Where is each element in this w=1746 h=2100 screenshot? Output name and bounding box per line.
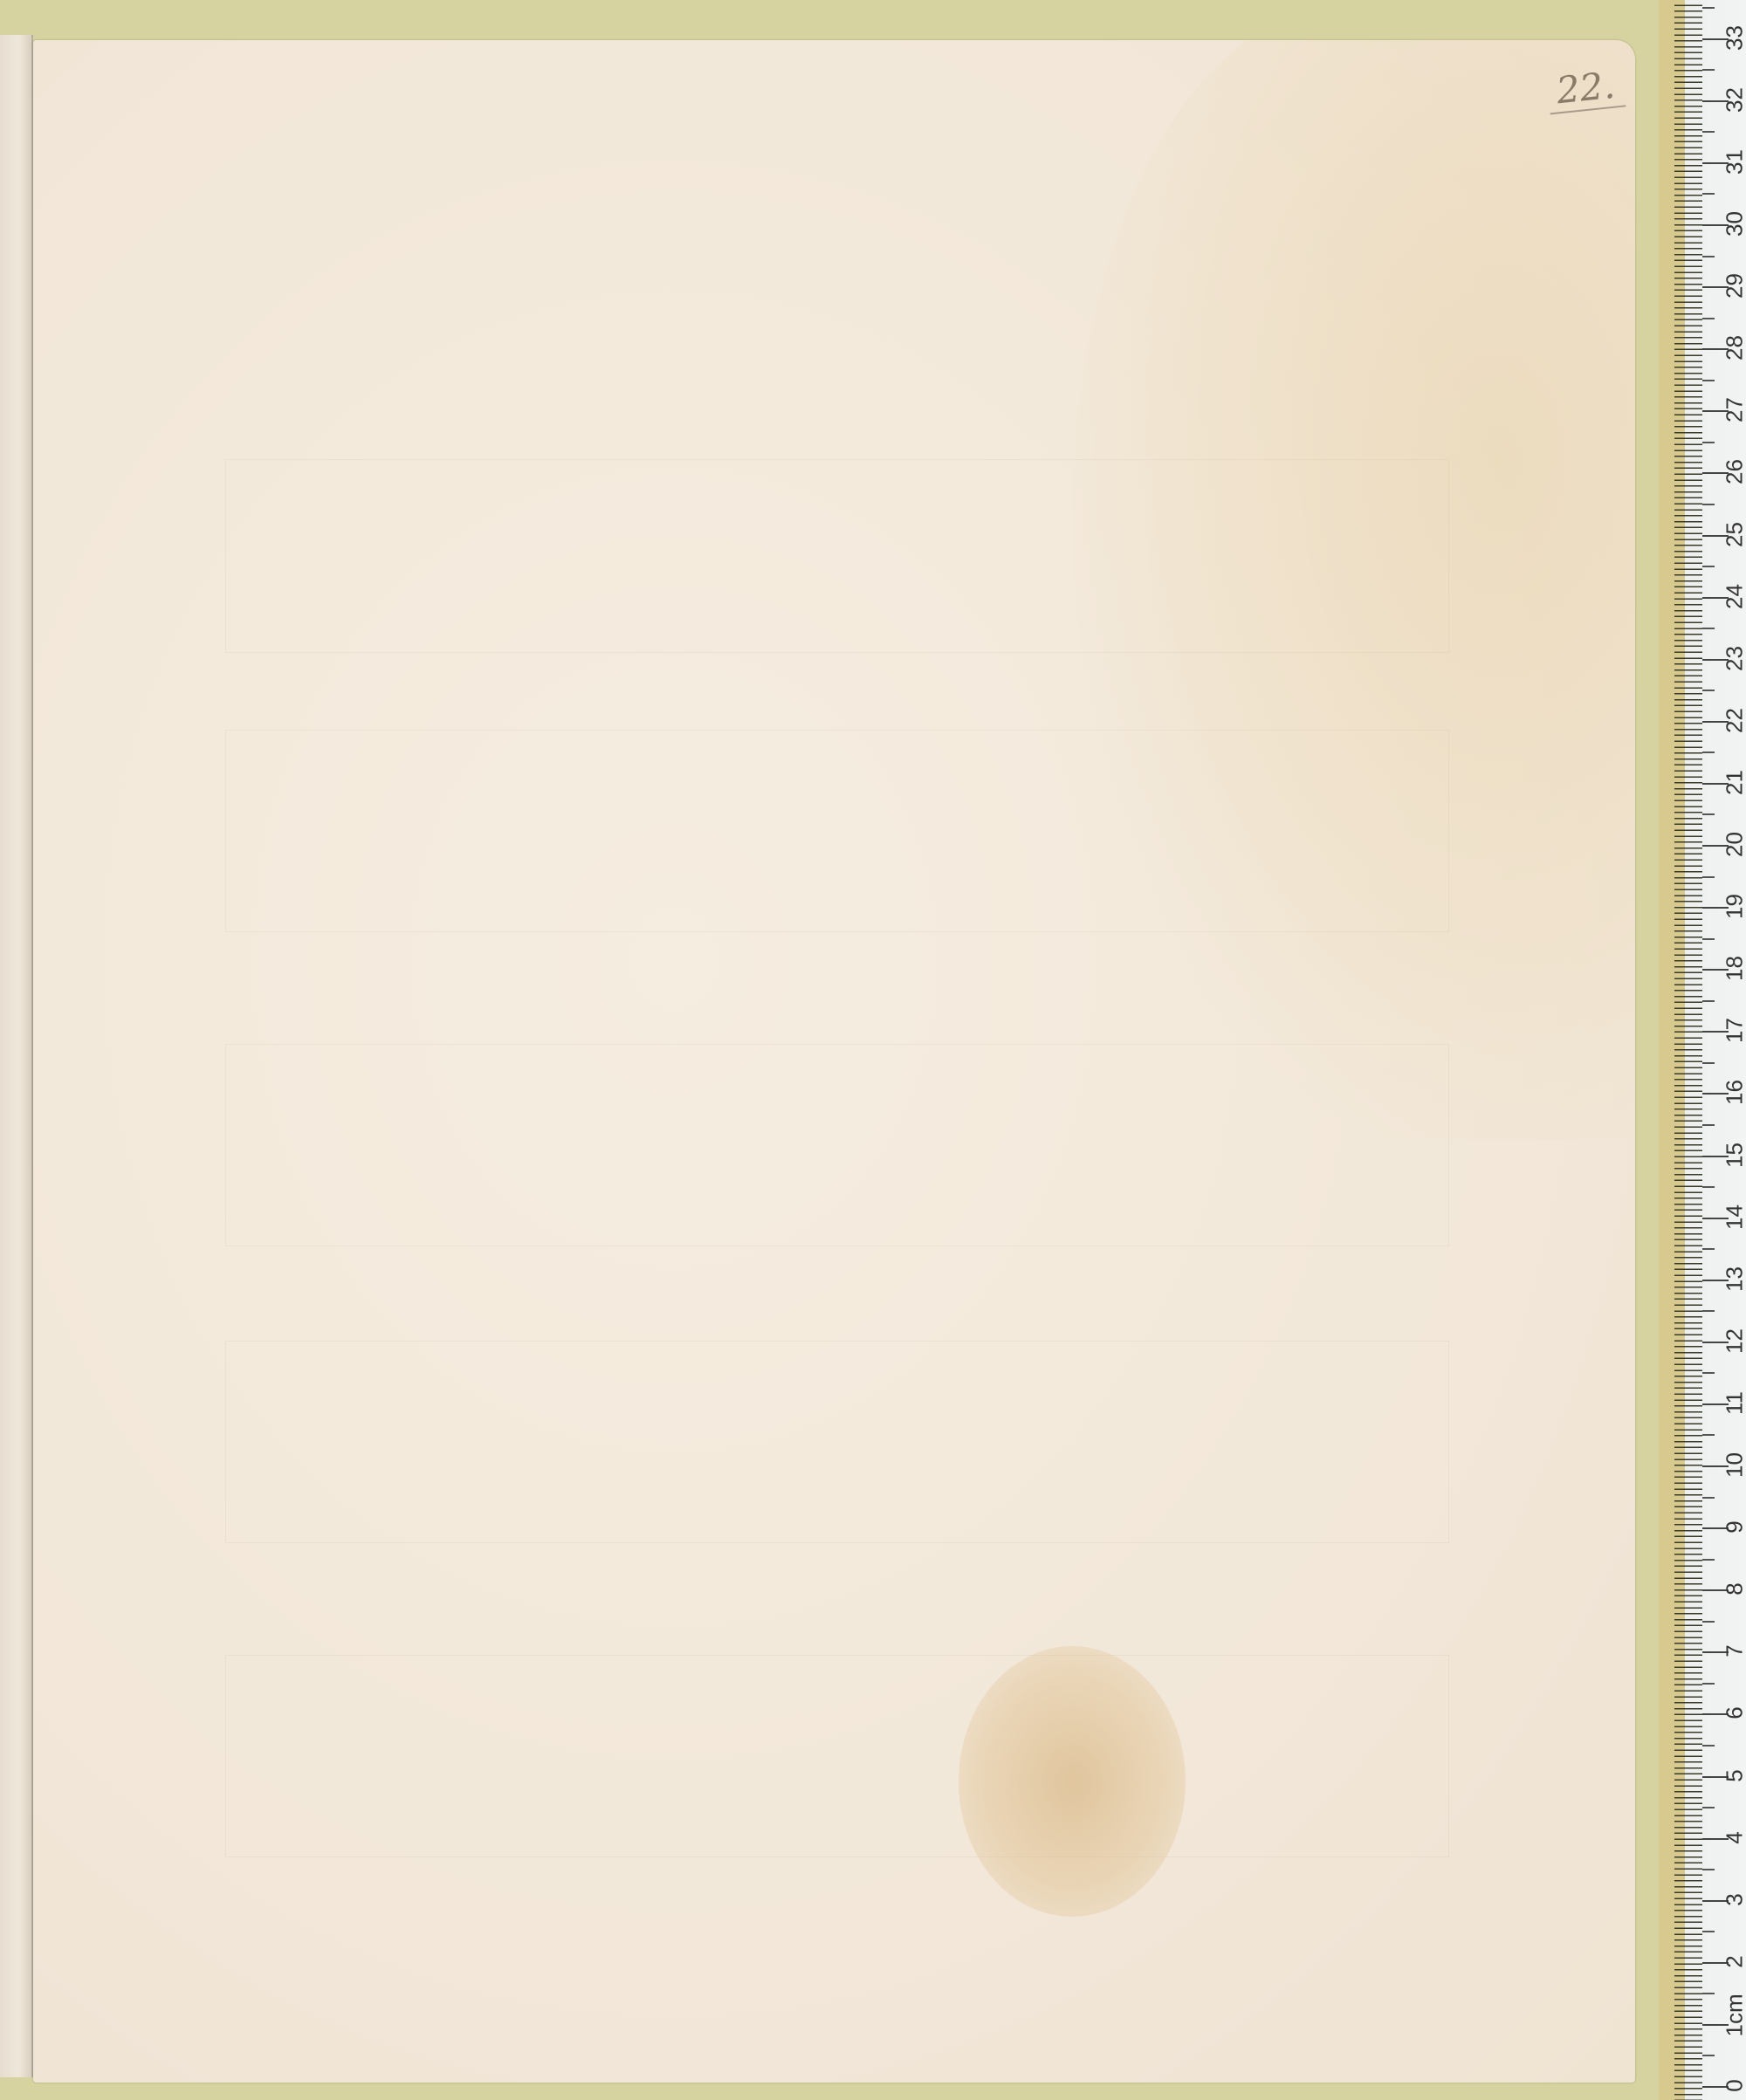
half-cm-tick — [1702, 256, 1715, 257]
cm-label: 14 — [1722, 1204, 1746, 1230]
half-cm-tick — [1702, 1124, 1715, 1126]
half-cm-tick — [1702, 318, 1715, 319]
half-cm-tick — [1702, 1745, 1715, 1747]
half-cm-tick — [1702, 504, 1715, 505]
half-cm-tick — [1702, 690, 1715, 691]
half-cm-tick — [1702, 628, 1715, 629]
half-cm-tick — [1702, 1248, 1715, 1250]
half-cm-tick — [1702, 1062, 1715, 1064]
cm-label: 16 — [1722, 1080, 1746, 1106]
cm-label: 29 — [1722, 273, 1746, 299]
half-cm-tick — [1702, 566, 1715, 567]
document-page: 22. — [33, 40, 1635, 2083]
cm-label: 0 — [1722, 2073, 1746, 2099]
cm-label: 13 — [1722, 1266, 1746, 1292]
cm-label: 3 — [1722, 1886, 1746, 1912]
half-cm-tick — [1702, 1869, 1715, 1870]
adjacent-page-edge — [0, 35, 33, 2077]
half-cm-tick — [1702, 1621, 1715, 1623]
half-cm-tick — [1702, 751, 1715, 753]
half-cm-tick — [1702, 380, 1715, 381]
cm-label: 9 — [1722, 1514, 1746, 1541]
cm-label: 18 — [1722, 956, 1746, 982]
half-cm-tick — [1702, 813, 1715, 815]
measuring-ruler: 01cm234567891011121314151617181920212223… — [1659, 0, 1746, 2100]
bleed-through-table — [225, 1655, 1449, 1857]
bleed-through-table — [225, 730, 1449, 932]
half-cm-tick — [1702, 1434, 1715, 1436]
cm-label: 10 — [1722, 1452, 1746, 1479]
cm-label: 32 — [1722, 86, 1746, 113]
cm-label: 17 — [1722, 1018, 1746, 1044]
half-cm-tick — [1702, 876, 1715, 878]
half-cm-tick — [1702, 1497, 1715, 1499]
bleed-through-table — [225, 1044, 1449, 1246]
handwritten-page-number: 22. — [1546, 63, 1626, 115]
cm-label: 20 — [1722, 832, 1746, 858]
millimeter-ticks — [1674, 0, 1702, 2100]
half-cm-tick — [1702, 1683, 1715, 1685]
half-cm-tick — [1702, 131, 1715, 133]
half-cm-tick — [1702, 69, 1715, 71]
half-cm-tick — [1702, 1000, 1715, 1002]
cm-label: 11 — [1722, 1390, 1746, 1416]
cm-label: 33 — [1722, 24, 1746, 51]
cm-label: 27 — [1722, 397, 1746, 423]
cm-label: 22 — [1722, 707, 1746, 733]
cm-label: 30 — [1722, 211, 1746, 237]
cm-label: 25 — [1722, 521, 1746, 547]
half-cm-tick — [1702, 1372, 1715, 1374]
cm-label: 2 — [1722, 1948, 1746, 1974]
cm-label: 1cm — [1722, 2010, 1746, 2036]
cm-label: 5 — [1722, 1762, 1746, 1788]
cm-label: 26 — [1722, 459, 1746, 485]
cm-label: 23 — [1722, 645, 1746, 671]
half-cm-tick — [1702, 442, 1715, 443]
half-cm-tick — [1702, 193, 1715, 195]
cm-label: 31 — [1722, 148, 1746, 175]
half-cm-tick — [1702, 1186, 1715, 1188]
cm-label: 28 — [1722, 335, 1746, 361]
half-cm-tick — [1702, 1931, 1715, 1932]
half-cm-tick — [1702, 938, 1715, 940]
cm-label: 6 — [1722, 1700, 1746, 1726]
cm-label: 7 — [1722, 1638, 1746, 1664]
half-cm-tick — [1702, 2055, 1715, 2056]
half-cm-tick — [1702, 7, 1715, 9]
cm-label: 12 — [1722, 1328, 1746, 1354]
cm-label: 21 — [1722, 769, 1746, 795]
cm-label: 24 — [1722, 583, 1746, 609]
half-cm-tick — [1702, 1559, 1715, 1561]
bleed-through-table — [225, 1341, 1449, 1543]
cm-label: 19 — [1722, 894, 1746, 920]
cm-label: 8 — [1722, 1576, 1746, 1602]
bleed-through-table — [225, 459, 1449, 653]
half-cm-tick — [1702, 1310, 1715, 1312]
half-cm-tick — [1702, 1993, 1715, 1994]
cm-label: 15 — [1722, 1142, 1746, 1168]
cm-label: 4 — [1722, 1824, 1746, 1850]
half-cm-tick — [1702, 1807, 1715, 1808]
